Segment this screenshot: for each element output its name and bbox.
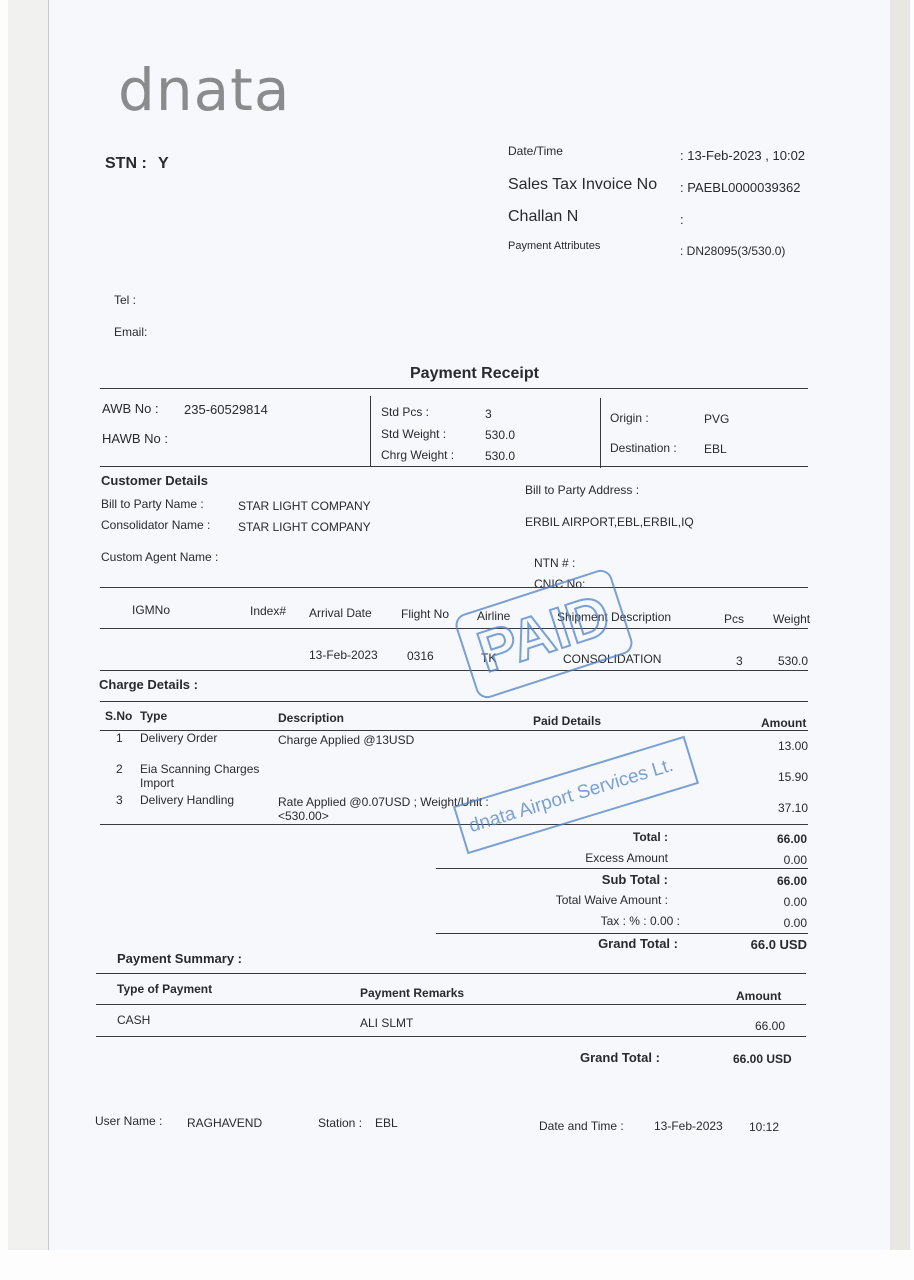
igm-cell-weight: 530.0 [778, 654, 808, 668]
tel-label: Tel : [114, 293, 136, 307]
datetime-value: : 13-Feb-2023 , 10:02 [680, 148, 805, 163]
excess-label: Excess Amount [460, 851, 668, 865]
std-pcs-label: Std Pcs : [381, 405, 429, 419]
igm-col-igmno: IGMNo [132, 603, 170, 617]
payment-amount: 66.00 [700, 1019, 785, 1033]
igm-cell-pcs: 3 [736, 654, 743, 668]
igm-col-arrival-date: Arrival Date [309, 606, 372, 620]
total-value: 66.00 [700, 832, 807, 846]
charge-sno: 3 [116, 793, 123, 807]
charge-amount: 15.90 [720, 770, 808, 784]
col-sno: S.No [105, 709, 132, 723]
charge-type: Delivery Order [140, 731, 275, 745]
footer-time-value: 10:12 [749, 1120, 779, 1134]
divider [100, 587, 808, 588]
payment-grand-total-value: 66.00 USD [733, 1052, 792, 1066]
ntn-label: NTN # : [534, 556, 575, 570]
divider [600, 398, 601, 468]
destination-label: Destination : [610, 441, 677, 455]
invoice-no-label: Sales Tax Invoice No [508, 176, 657, 194]
grand-total-label: Grand Total : [460, 936, 678, 951]
origin-label: Origin : [610, 411, 649, 425]
igm-col-index: Index# [250, 604, 286, 618]
bill-to-name-value: STAR LIGHT COMPANY [238, 499, 371, 513]
divider [100, 628, 808, 629]
divider [100, 388, 808, 389]
grand-total-value: 66.0 USD [690, 937, 807, 952]
subtotal-label: Sub Total : [460, 872, 668, 887]
col-payment-remarks: Payment Remarks [360, 986, 464, 1000]
tax-value: 0.00 [700, 916, 807, 930]
divider [100, 701, 808, 702]
divider [436, 933, 808, 934]
invoice-no-value: : PAEBL0000039362 [680, 180, 800, 195]
charge-sno: 1 [116, 731, 123, 745]
user-name-label: User Name : [95, 1114, 162, 1128]
bill-to-address-value: ERBIL AIRPORT,EBL,ERBIL,IQ [525, 515, 694, 529]
stn-label: STN : [105, 155, 147, 173]
divider [96, 973, 806, 974]
challan-value: : [680, 212, 684, 227]
igm-col-weight: Weight [773, 612, 810, 626]
payment-remarks: ALI SLMT [360, 1016, 413, 1030]
charge-amount: 37.10 [720, 801, 808, 815]
std-weight-value: 530.0 [485, 428, 515, 442]
datetime-label: Date/Time [508, 144, 563, 158]
payment-attributes-value: : DN28095(3/530.0) [680, 244, 785, 258]
charge-amount: 13.00 [720, 739, 808, 753]
col-description: Description [278, 711, 344, 725]
stn-value: Y [158, 155, 169, 173]
consolidator-value: STAR LIGHT COMPANY [238, 520, 371, 534]
divider [96, 1004, 806, 1005]
paper-right-edge [890, 0, 910, 1250]
footer-date-value: 13-Feb-2023 [654, 1119, 723, 1133]
divider [100, 466, 808, 467]
origin-value: PVG [704, 412, 729, 426]
waive-label: Total Waive Amount : [460, 893, 668, 907]
col-payment-amount: Amount [736, 989, 781, 1003]
tax-label: Tax : % : 0.00 : [460, 914, 680, 928]
customer-details-heading: Customer Details [101, 473, 208, 488]
igm-col-flight-no: Flight No [401, 607, 449, 621]
payment-type: CASH [117, 1013, 150, 1027]
divider [370, 396, 371, 466]
std-weight-label: Std Weight : [381, 427, 446, 441]
email-label: Email: [114, 325, 147, 339]
charge-type: Eia Scanning Charges Import [140, 762, 275, 790]
custom-agent-label: Custom Agent Name : [101, 550, 218, 564]
chrg-weight-label: Chrg Weight : [381, 448, 454, 462]
payment-summary-heading: Payment Summary : [117, 951, 242, 966]
bill-to-name-label: Bill to Party Name : [101, 497, 204, 511]
col-type: Type [140, 709, 167, 723]
igm-cell-arrival-date: 13-Feb-2023 [309, 648, 378, 662]
divider [100, 670, 808, 671]
station-value: EBL [375, 1116, 398, 1130]
igm-cell-flight-no: 0316 [407, 649, 434, 663]
station-label: Station : [318, 1116, 362, 1130]
footer-datetime-label: Date and Time : [539, 1119, 624, 1133]
bill-to-address-label: Bill to Party Address : [525, 483, 639, 497]
awb-value: 235-60529814 [184, 402, 268, 417]
waive-value: 0.00 [700, 895, 807, 909]
payment-attributes-label: Payment Attributes [508, 240, 600, 252]
page-title: Payment Receipt [410, 365, 539, 383]
subtotal-value: 66.00 [700, 874, 807, 888]
consolidator-label: Consolidator Name : [101, 518, 210, 532]
charge-type: Delivery Handling [140, 793, 275, 807]
payment-grand-total-label: Grand Total : [580, 1050, 660, 1065]
col-amount: Amount [761, 716, 806, 730]
excess-value: 0.00 [700, 853, 807, 867]
col-paid-details: Paid Details [533, 714, 601, 728]
charge-details-heading: Charge Details : [99, 677, 198, 692]
dnata-logo: dnata [118, 56, 290, 124]
charge-description: Charge Applied @13USD [278, 733, 518, 747]
col-type-of-payment: Type of Payment [117, 982, 212, 996]
user-name-value: RAGHAVEND [187, 1116, 262, 1130]
std-pcs-value: 3 [485, 407, 492, 421]
page-curl-edge [8, 0, 48, 1250]
destination-value: EBL [704, 442, 727, 456]
charge-sno: 2 [116, 762, 123, 776]
chrg-weight-value: 530.0 [485, 449, 515, 463]
divider [96, 1036, 806, 1037]
divider [436, 868, 808, 869]
divider [100, 824, 808, 825]
challan-label: Challan N [508, 208, 578, 226]
igm-col-pcs: Pcs [724, 612, 744, 626]
awb-label: AWB No : [102, 401, 159, 416]
hawb-label: HAWB No : [102, 431, 168, 446]
